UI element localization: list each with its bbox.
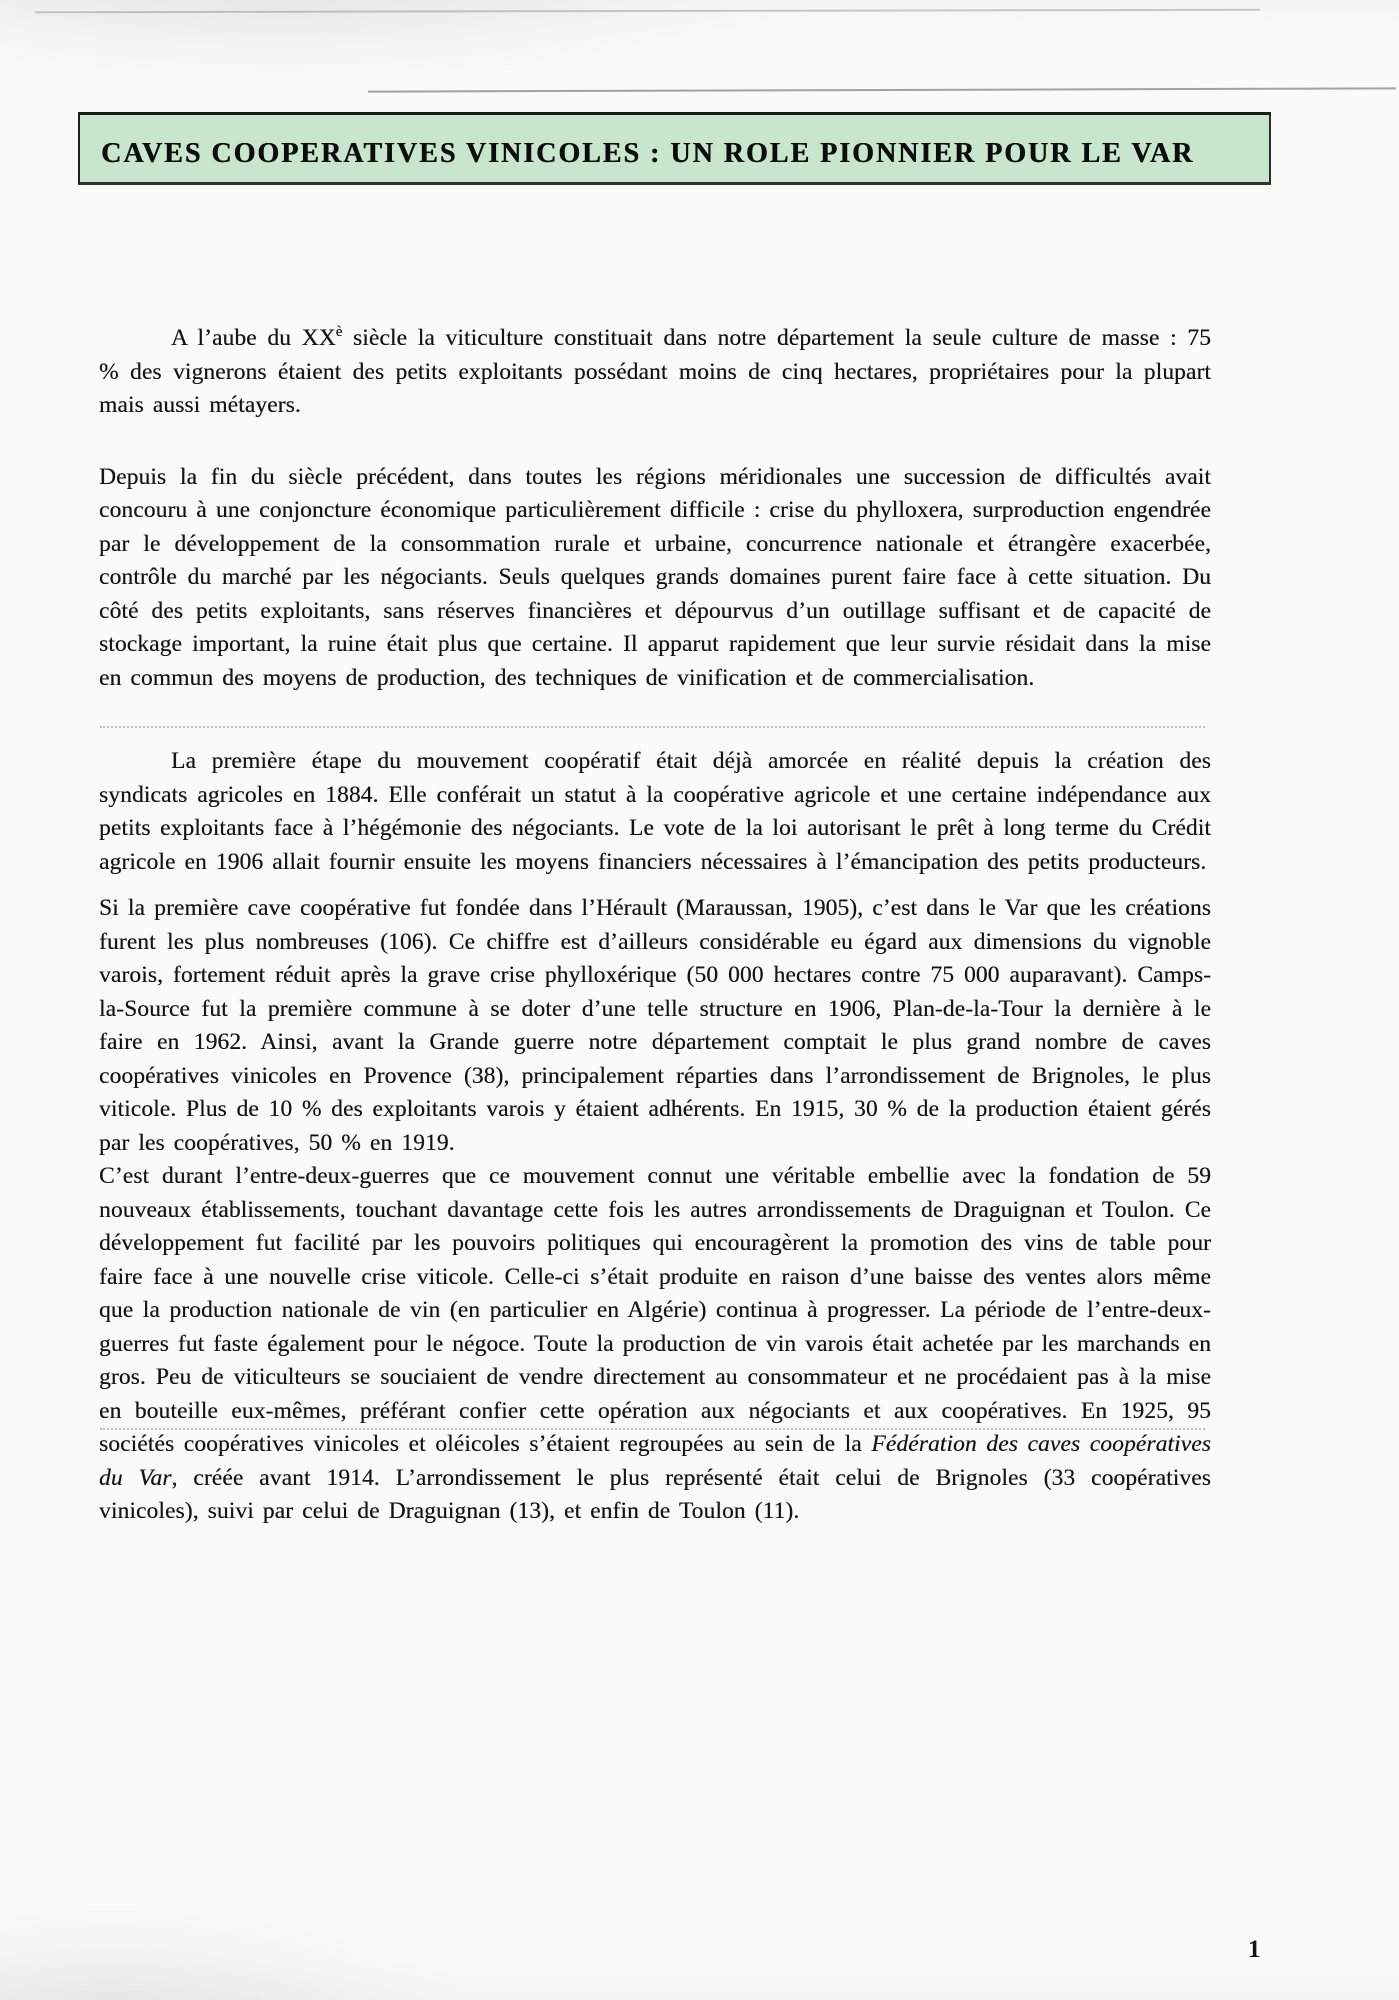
text-segment: Si la première cave coopérative fut fond… — [99, 895, 1211, 1156]
paragraph-p4: Si la première cave coopérative fut fond… — [99, 892, 1211, 1160]
text-segment: , créée avant 1914. L’arrondissement le … — [99, 1465, 1211, 1525]
document-page: CAVES COOPERATIVES VINICOLES : UN ROLE P… — [0, 0, 1399, 2000]
document-title: CAVES COOPERATIVES VINICOLES : UN ROLE P… — [80, 128, 1194, 170]
scan-artifact-top-line — [35, 9, 1260, 14]
scan-artifact-dotted-line — [100, 726, 1205, 728]
page-number: 1 — [1248, 1936, 1261, 1964]
title-banner: CAVES COOPERATIVES VINICOLES : UN ROLE P… — [78, 112, 1271, 185]
paragraph-p1: A l’aube du XXè siècle la viticulture co… — [99, 322, 1211, 423]
scan-artifact-dotted-line — [100, 1428, 1205, 1430]
text-segment: A l’aube du XX — [171, 325, 336, 351]
text-segment: Depuis la fin du siècle précédent, dans … — [99, 464, 1211, 691]
document-body: A l’aube du XXè siècle la viticulture co… — [99, 322, 1211, 1529]
paragraph-p2: Depuis la fin du siècle précédent, dans … — [99, 461, 1211, 696]
paragraph-p5: C’est durant l’entre-deux-guerres que ce… — [99, 1160, 1211, 1529]
text-segment: La première étape du mouvement coopérati… — [99, 748, 1211, 875]
paragraph-p3: La première étape du mouvement coopérati… — [99, 745, 1211, 879]
text-segment: C’est durant l’entre-deux-guerres que ce… — [99, 1163, 1211, 1457]
scan-artifact-pretitle-line — [368, 87, 1396, 92]
